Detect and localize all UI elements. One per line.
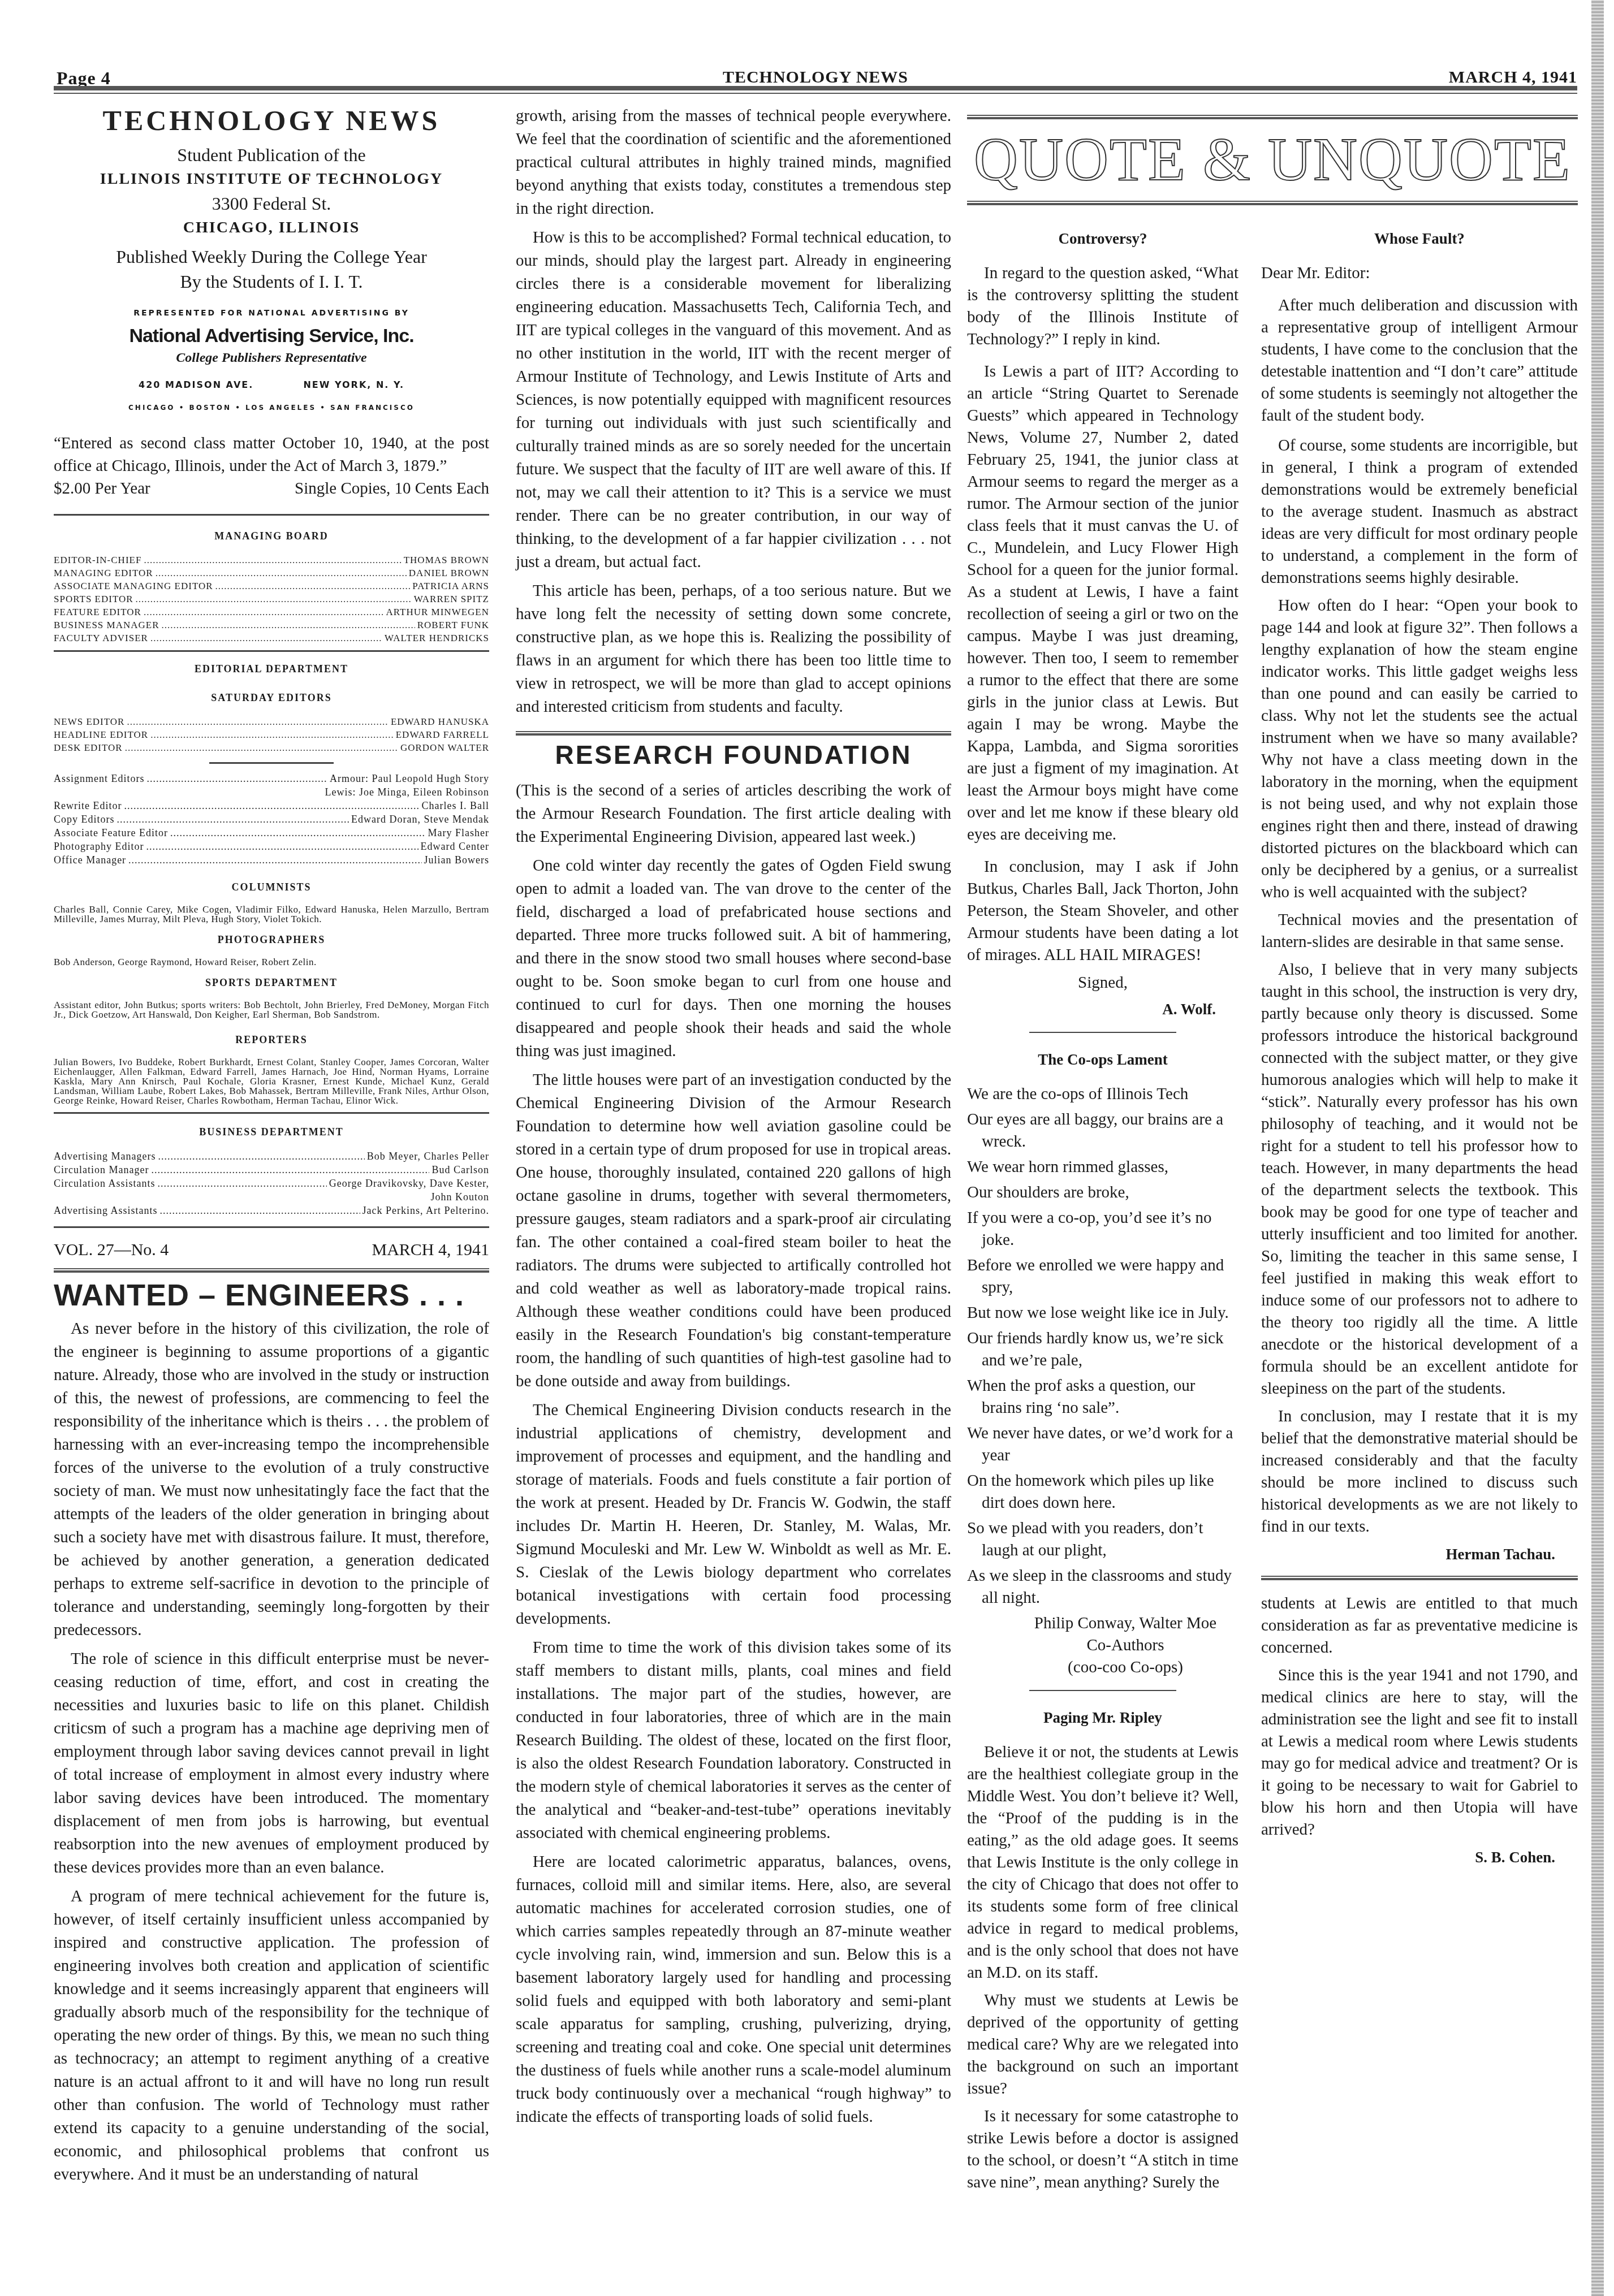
ad-rep-address-row: 420 MADISON AVE. NEW YORK, N. Y.: [54, 373, 489, 396]
sports-heading: SPORTS DEPARTMENT: [54, 971, 489, 994]
poem-line: When the prof asks a question, our brain…: [967, 1375, 1238, 1419]
salutation: Dear Mr. Editor:: [1261, 262, 1578, 284]
poem-line: Before we enrolled we were happy and spr…: [967, 1255, 1238, 1299]
divider: [1029, 1690, 1176, 1691]
poem: We are the co-ops of Illinois Tech Our e…: [967, 1083, 1238, 1609]
poem-line: As we sleep in the classrooms and study …: [967, 1565, 1238, 1609]
author-signature: Herman Tachau.: [1261, 1543, 1555, 1566]
research-headline: RESEARCH FOUNDATION: [516, 743, 951, 767]
running-title: TECHNOLOGY NEWS: [54, 68, 1577, 87]
managing-board-heading: MANAGING BOARD: [54, 525, 489, 548]
poem-line: If you were a co-op, you’d see it’s no j…: [967, 1207, 1238, 1251]
staff-row: Rewrite EditorCharles I. Ball: [54, 799, 489, 812]
divider: [209, 762, 334, 764]
volume-date: MARCH 4, 1941: [372, 1238, 489, 1261]
letter-paragraph: Is it necessary for some catastrophe to …: [967, 2105, 1238, 2194]
reporters-heading: REPORTERS: [54, 1028, 489, 1052]
ad-rep-label: REPRESENTED FOR NATIONAL ADVERTISING BY: [54, 302, 489, 325]
poem-authors-nick: (coo-coo Co-ops): [967, 1657, 1238, 1679]
letter-paragraph: After much deliberation and discussion w…: [1261, 295, 1578, 427]
quote-right-column: Whose Fault? Dear Mr. Editor: After much…: [1261, 212, 1578, 2199]
poem-line: Our eyes are all baggy, our brains are a…: [967, 1109, 1238, 1153]
staff-row: Copy EditorsEdward Doran, Steve Mendak: [54, 812, 489, 826]
staff-row: FEATURE EDITORARTHUR MINWEGEN: [54, 606, 489, 619]
columnists-list: Charles Ball, Connie Carey, Mike Cogen, …: [54, 905, 489, 924]
publication-frequency: Published Weekly During the College Year: [54, 244, 489, 269]
price-row: $2.00 Per Year Single Copies, 10 Cents E…: [54, 477, 489, 500]
staff-row: Circulation ManagerBud Carlson: [54, 1163, 489, 1177]
volume-row: VOL. 27—No. 4 MARCH 4, 1941: [54, 1238, 489, 1261]
city: CHICAGO, ILLINOIS: [54, 216, 489, 240]
research-paragraph: Here are located calorimetric apparatus,…: [516, 1850, 951, 2129]
letter-paragraph: Also, I believe that in very many subjec…: [1261, 959, 1578, 1400]
staff-row: Assignment EditorsArmour: Paul Leopold H…: [54, 772, 489, 785]
scan-edge: [1591, 0, 1604, 2296]
wanted-paragraph: How is this to be accomplished? Formal t…: [516, 226, 951, 574]
masthead-line: Student Publication of the: [54, 142, 489, 167]
divider: [516, 731, 951, 736]
poem-line: But now we lose weight like ice in July.: [967, 1302, 1238, 1324]
business-heading: BUSINESS DEPARTMENT: [54, 1121, 489, 1144]
publisher-line: By the Students of I. I. T.: [54, 269, 489, 294]
staff-row: EDITOR-IN-CHIEFTHOMAS BROWN: [54, 554, 489, 567]
divider: [54, 650, 489, 652]
divider: [967, 115, 1578, 119]
wanted-headline: WANTED – ENGINEERS . . .: [54, 1284, 489, 1307]
quote-columns: Controversy? In regard to the question a…: [967, 212, 1578, 2199]
letter-paragraph: How often do I hear: “Open your book to …: [1261, 595, 1578, 903]
price-year: $2.00 Per Year: [54, 477, 150, 500]
price-single: Single Copies, 10 Cents Each: [295, 477, 489, 500]
ad-rep-city: NEW YORK, N. Y.: [303, 373, 404, 396]
reporters-list: Julian Bowers, Ivo Buddeke, Robert Burkh…: [54, 1057, 489, 1105]
ripley-heading: Paging Mr. Ripley: [967, 1707, 1238, 1729]
wanted-paragraph: As never before in the history of this c…: [54, 1317, 489, 1642]
research-intro: (This is the second of a series of artic…: [516, 779, 951, 849]
controversy-heading: Controversy?: [967, 228, 1238, 250]
letter-paragraph: Why must we students at Lewis be deprive…: [967, 1990, 1238, 2100]
staff-row: DESK EDITORGORDON WALTER: [54, 741, 489, 754]
signed-label: Signed,: [967, 972, 1238, 994]
staff-row: Associate Feature EditorMary Flasher: [54, 826, 489, 840]
divider: [1261, 1576, 1578, 1580]
divider: [967, 201, 1578, 205]
institute-name: ILLINOIS INSTITUTE OF TECHNOLOGY: [54, 167, 489, 191]
staff-row: Circulation AssistantsGeorge Dravikovsky…: [54, 1177, 489, 1190]
managing-board-list: EDITOR-IN-CHIEFTHOMAS BROWN MANAGING EDI…: [54, 554, 489, 645]
letter-paragraph: Technical movies and the presentation of…: [1261, 909, 1578, 953]
quote-unquote-title: QUOTE & UNQUOTE: [967, 126, 1578, 194]
editorial-heading: EDITORIAL DEPARTMENT: [54, 658, 489, 681]
poem-authors-label: Co-Authors: [967, 1635, 1238, 1657]
divider: [54, 514, 489, 516]
letter-paragraph: Of course, some students are incorrigibl…: [1261, 435, 1578, 589]
wanted-paragraph: A program of mere technical achievement …: [54, 1885, 489, 2186]
staff-row: SPORTS EDITORWARREN SPITZ: [54, 593, 489, 606]
letter-paragraph: In conclusion, may I ask if John Butkus,…: [967, 856, 1238, 966]
masthead-title: TECHNOLOGY NEWS: [54, 109, 489, 132]
letter-paragraph: In conclusion, may I restate that it is …: [1261, 1406, 1578, 1538]
staff-row: Office ManagerJulian Bowers: [54, 853, 489, 867]
column-quote-unquote: QUOTE & UNQUOTE Controversy? In regard t…: [967, 105, 1578, 2199]
research-paragraph: One cold winter day recently the gates o…: [516, 854, 951, 1063]
staff-row: FACULTY ADVISERWALTER HENDRICKS: [54, 632, 489, 645]
column-masthead: TECHNOLOGY NEWS Student Publication of t…: [54, 105, 489, 2192]
poem-authors: Philip Conway, Walter Moe: [967, 1612, 1238, 1635]
ad-rep-sub: College Publishers Representative: [54, 347, 489, 370]
divider: [54, 1268, 489, 1273]
divider: [1029, 1032, 1176, 1033]
photographers-heading: PHOTOGRAPHERS: [54, 928, 489, 952]
fault-heading: Whose Fault?: [1261, 228, 1578, 250]
quote-left-column: Controversy? In regard to the question a…: [967, 212, 1238, 2199]
poem-line: So we plead with you readers, don’t laug…: [967, 1517, 1238, 1562]
author-signature: S. B. Cohen.: [1261, 1847, 1555, 1869]
staff-row: Advertising AssistantsJack Perkins, Art …: [54, 1204, 489, 1217]
letter-paragraph: Is Lewis a part of IIT? According to an …: [967, 361, 1238, 846]
saturday-heading: SATURDAY EDITORS: [54, 686, 489, 710]
wanted-paragraph: This article has been, perhaps, of a too…: [516, 580, 951, 719]
column-editorial-research: growth, arising from the masses of techn…: [516, 105, 951, 2134]
wanted-paragraph: growth, arising from the masses of techn…: [516, 105, 951, 220]
address: 3300 Federal St.: [54, 191, 489, 216]
staff-row: Advertising ManagersBob Meyer, Charles P…: [54, 1149, 489, 1163]
poem-line: On the homework which piles up like dirt…: [967, 1470, 1238, 1514]
letter-paragraph: students at Lewis are entitled to that m…: [1261, 1593, 1578, 1659]
sports-list: Assistant editor, John Butkus; sports wr…: [54, 1000, 489, 1019]
poem-line: We never have dates, or we’d work for a …: [967, 1422, 1238, 1467]
staff-row: Photography EditorEdward Center: [54, 840, 489, 853]
staff-row: HEADLINE EDITOREDWARD FARRELL: [54, 728, 489, 741]
divider: [54, 1226, 489, 1228]
staff-continuation: John Kouton: [54, 1190, 489, 1204]
columnists-heading: COLUMNISTS: [54, 876, 489, 899]
divider: [54, 1112, 489, 1114]
research-paragraph: The little houses were part of an invest…: [516, 1069, 951, 1393]
staff-row: MANAGING EDITORDANIEL BROWN: [54, 567, 489, 580]
research-paragraph: The Chemical Engineering Division conduc…: [516, 1399, 951, 1631]
ad-rep-address: 420 MADISON AVE.: [139, 373, 253, 396]
staff-row: NEWS EDITOREDWARD HANUSKA: [54, 715, 489, 728]
letter-paragraph: Believe it or not, the students at Lewis…: [967, 1741, 1238, 1984]
letter-paragraph: Since this is the year 1941 and not 1790…: [1261, 1664, 1578, 1841]
volume-number: VOL. 27—No. 4: [54, 1238, 169, 1261]
staff-row: BUSINESS MANAGERROBERT FUNK: [54, 619, 489, 632]
header-date: MARCH 4, 1941: [1449, 68, 1577, 87]
page-header: Page 4 TECHNOLOGY NEWS MARCH 4, 1941: [54, 62, 1577, 102]
staff-row: ASSOCIATE MANAGING EDITORPATRICIA ARNS: [54, 580, 489, 593]
poem-line: Our shoulders are broke,: [967, 1182, 1238, 1204]
letter-paragraph: In regard to the question asked, “What i…: [967, 262, 1238, 351]
poem-heading: The Co-ops Lament: [967, 1049, 1238, 1071]
poem-line: Our friends hardly know us, we’re sick a…: [967, 1328, 1238, 1372]
staff-continuation: Lewis: Joe Minga, Eileen Robinson: [54, 785, 489, 799]
mailing-notice: “Entered as second class matter October …: [54, 432, 489, 477]
author-signature: A. Wolf.: [967, 998, 1216, 1021]
poem-line: We wear horn rimmed glasses,: [967, 1156, 1238, 1178]
ad-rep-cities: CHICAGO • BOSTON • LOS ANGELES • SAN FRA…: [54, 396, 489, 420]
ad-rep-name: National Advertising Service, Inc.: [54, 325, 489, 347]
research-paragraph: From time to time the work of this divis…: [516, 1636, 951, 1845]
photographers-list: Bob Anderson, George Raymond, Howard Rei…: [54, 957, 489, 967]
wanted-paragraph: The role of science in this difficult en…: [54, 1648, 489, 1879]
poem-line: We are the co-ops of Illinois Tech: [967, 1083, 1238, 1105]
header-rule: [54, 86, 1577, 94]
